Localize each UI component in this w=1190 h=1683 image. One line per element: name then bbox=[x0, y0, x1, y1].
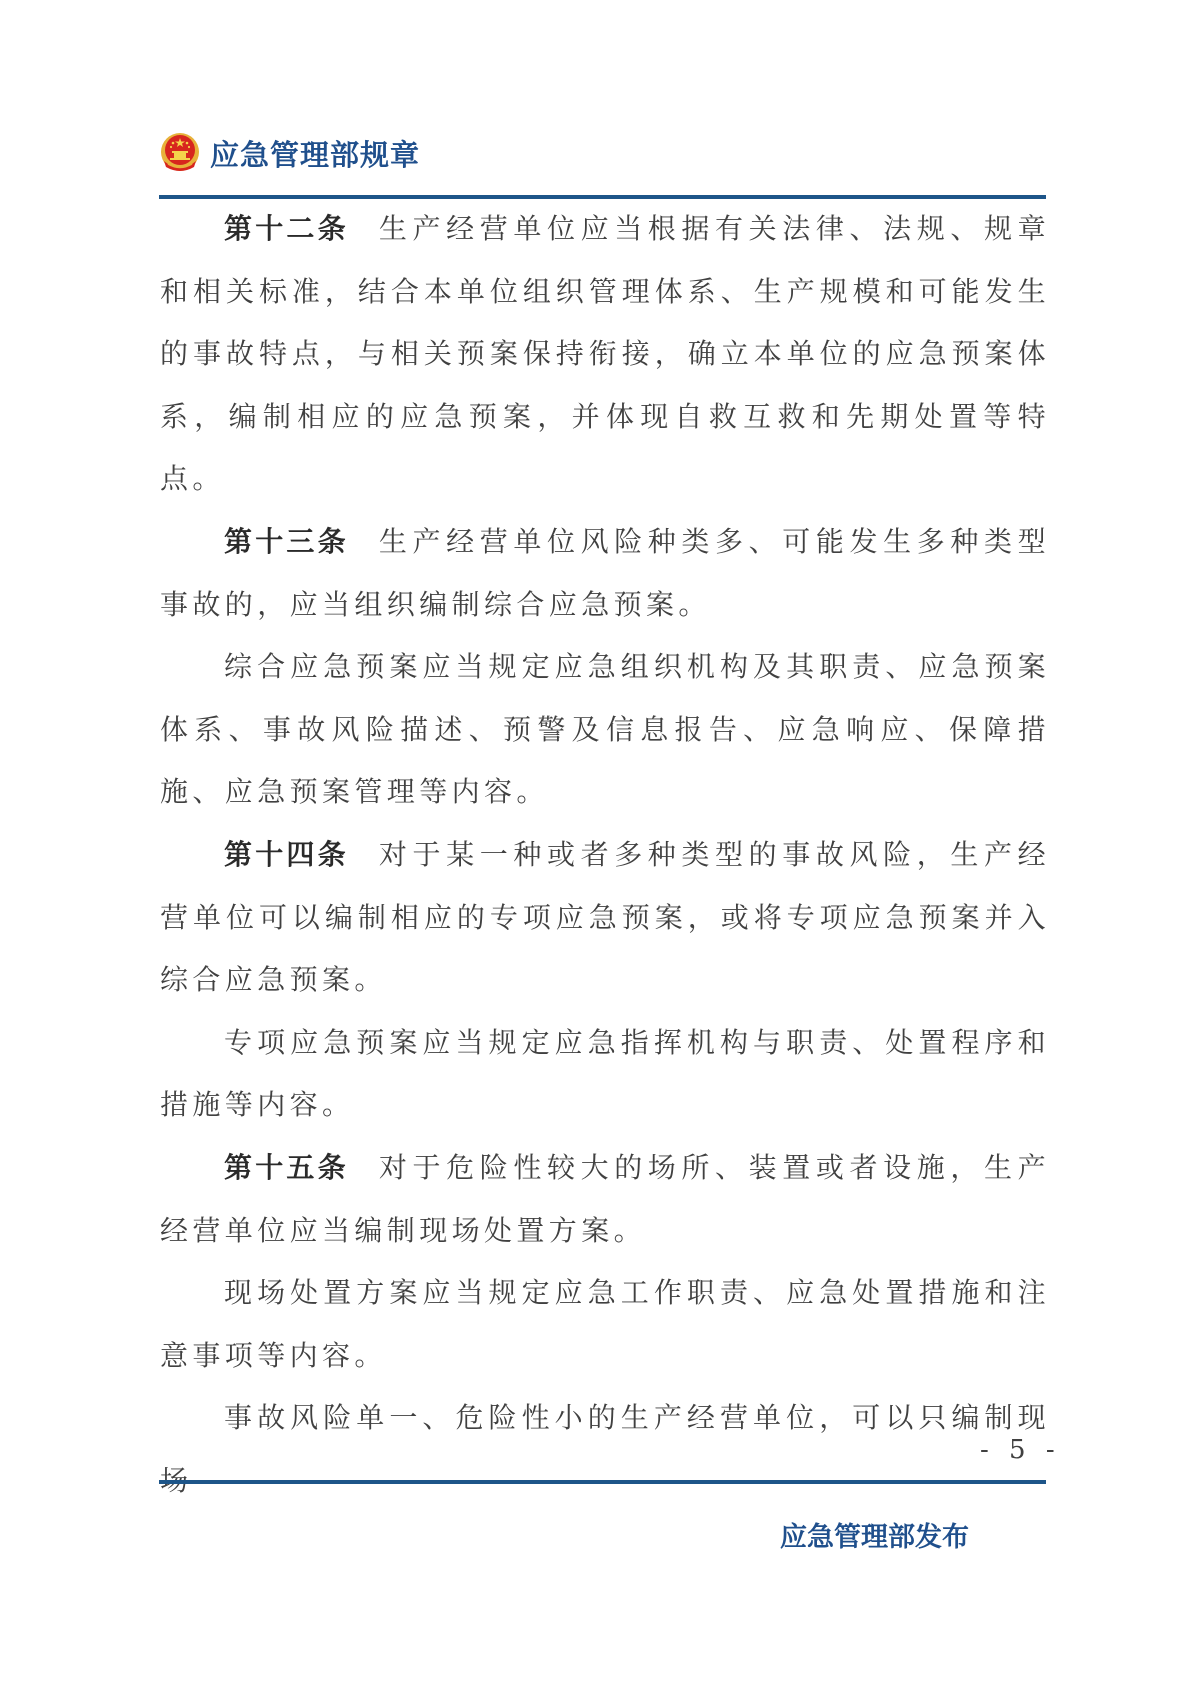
article-15: 第十五条对于危险性较大的场所、装置或者设施，生产经营单位应当编制现场处置方案。 bbox=[160, 1137, 1050, 1262]
national-emblem-icon bbox=[158, 131, 202, 175]
document-body: 第十二条生产经营单位应当根据有关法律、法规、规章和相关标准，结合本单位组织管理体… bbox=[160, 198, 1050, 1512]
page-number: - 5 - bbox=[980, 1435, 1061, 1465]
publisher-label: 应急管理部发布 bbox=[780, 1515, 969, 1554]
article-13: 第十三条生产经营单位风险种类多、可能发生多种类型事故的，应当组织编制综合应急预案… bbox=[160, 511, 1050, 636]
article-label: 第十三条 bbox=[224, 525, 349, 558]
article-15-paragraph: 现场处置方案应当规定应急工作职责、应急处置措施和注意事项等内容。 bbox=[160, 1262, 1050, 1387]
article-12: 第十二条生产经营单位应当根据有关法律、法规、规章和相关标准，结合本单位组织管理体… bbox=[160, 198, 1050, 511]
article-15-paragraph: 事故风险单一、危险性小的生产经营单位，可以只编制现场 bbox=[160, 1387, 1050, 1512]
header-title: 应急管理部规章 bbox=[210, 133, 420, 174]
article-label: 第十五条 bbox=[224, 1151, 349, 1184]
article-14: 第十四条对于某一种或者多种类型的事故风险，生产经营单位可以编制相应的专项应急预案… bbox=[160, 824, 1050, 1012]
article-14-paragraph: 专项应急预案应当规定应急指挥机构与职责、处置程序和措施等内容。 bbox=[160, 1012, 1050, 1137]
article-label: 第十四条 bbox=[224, 838, 349, 871]
article-label: 第十二条 bbox=[224, 212, 349, 245]
footer-divider bbox=[159, 1480, 1046, 1484]
article-13-paragraph: 综合应急预案应当规定应急组织机构及其职责、应急预案体系、事故风险描述、预警及信息… bbox=[160, 636, 1050, 824]
article-text: 生产经营单位应当根据有关法律、法规、规章和相关标准，结合本单位组织管理体系、生产… bbox=[160, 212, 1050, 495]
document-header: 应急管理部规章 bbox=[158, 128, 420, 178]
